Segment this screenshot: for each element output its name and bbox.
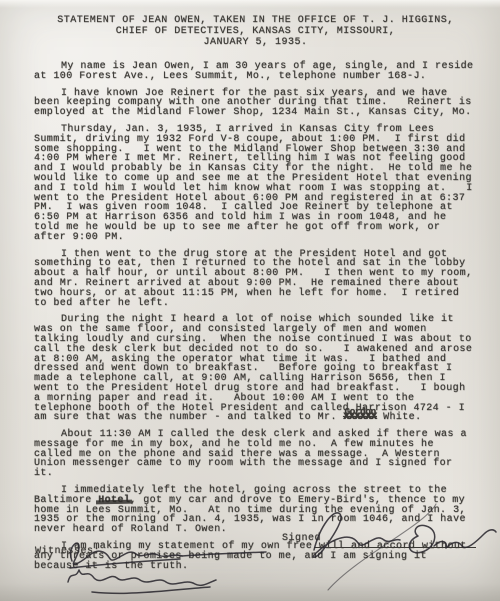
- scanned-statement-document: STATEMENT OF JEAN OWEN, TAKEN IN THE OFF…: [0, 0, 500, 601]
- overtyped-name-correction: GordonXXXXXX: [343, 413, 376, 423]
- paragraph-reinert-acquaintance: I have known Joe Reinert for the past si…: [34, 89, 477, 118]
- title-line-3: JANUARY 5, 1935.: [34, 37, 477, 48]
- title-line-2: CHIEF OF DETECTIVES, KANSAS CITY, MISSOU…: [34, 26, 477, 37]
- paragraph-night-noise-text: During the night I heard a lot of noise …: [34, 314, 479, 423]
- witness-signature-eldridge: [58, 558, 233, 598]
- paragraph-jan3-arrival: Thursday, Jan. 3, 1935, I arrived in Kan…: [34, 125, 477, 243]
- statement-body: STATEMENT OF JEAN OWEN, TAKEN IN THE OFF…: [34, 15, 477, 578]
- statement-title: STATEMENT OF JEAN OWEN, TAKEN IN THE OFF…: [34, 15, 477, 48]
- paragraph-night-noise-end: White.: [376, 412, 421, 423]
- overtype-correction-text: Gordon: [344, 407, 375, 417]
- struck-word-hotel: Hotel: [98, 496, 130, 506]
- paragraph-night-noise: During the night I heard a lot of noise …: [34, 315, 477, 423]
- paragraph-identity: My name is Jean Owen, I am 30 years of a…: [34, 62, 477, 82]
- paragraph-message: About 11:30 AM I called the desk clerk a…: [34, 430, 477, 479]
- scan-edge-highlight: [0, 0, 500, 8]
- jean-owen-signature: [298, 498, 500, 596]
- title-line-1: STATEMENT OF JEAN OWEN, TAKEN IN THE OFF…: [34, 15, 477, 26]
- paragraph-evening-visit: I then went to the drug store at the Pre…: [34, 250, 477, 309]
